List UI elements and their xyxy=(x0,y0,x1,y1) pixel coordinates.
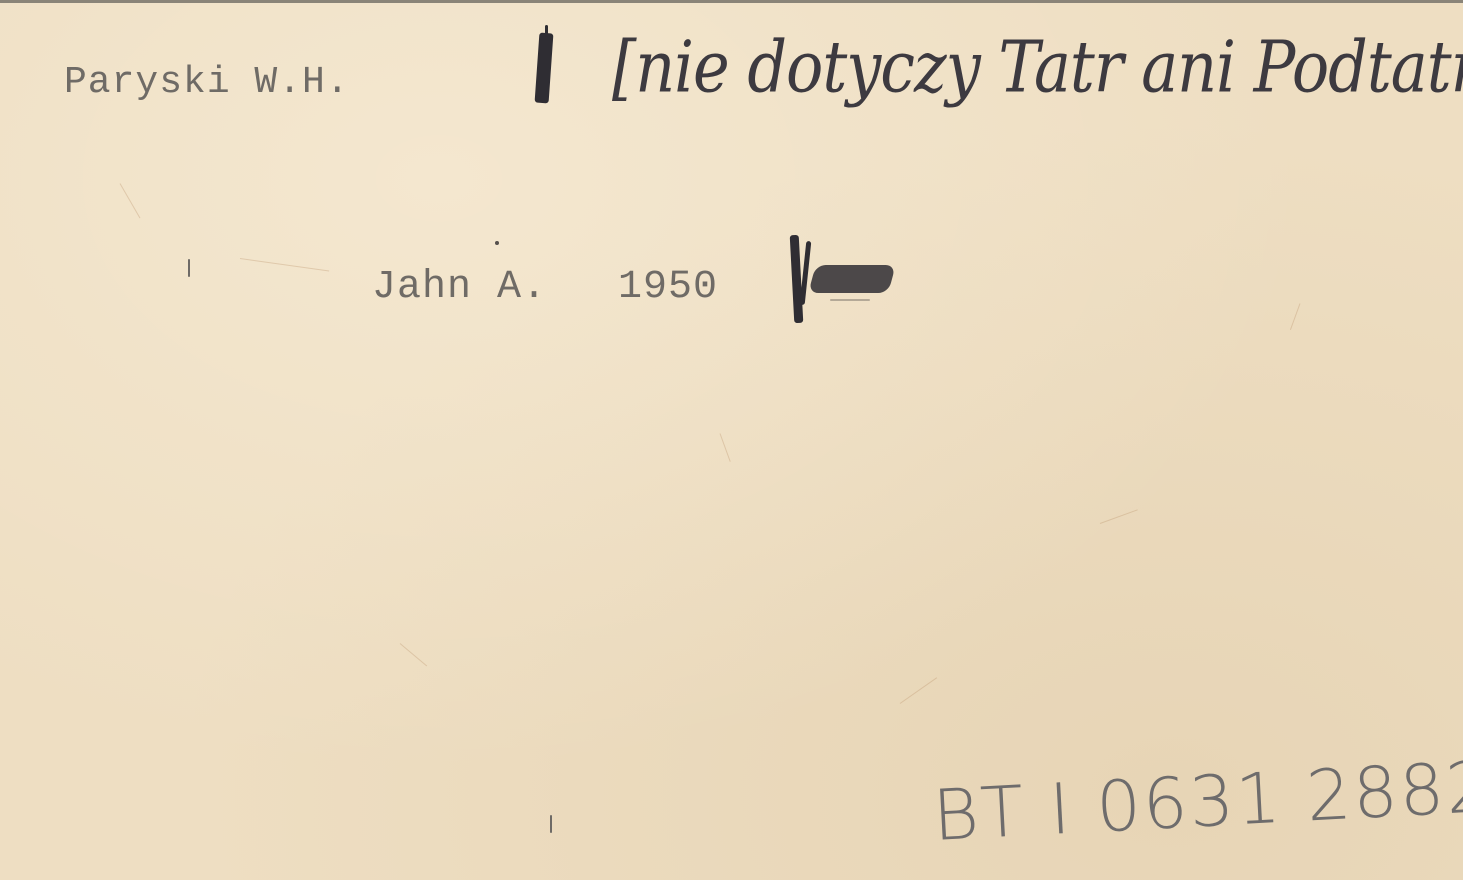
stray-mark xyxy=(188,259,190,277)
paper-fiber xyxy=(720,433,731,462)
paper-fiber xyxy=(900,677,937,704)
paper-fiber xyxy=(120,183,141,218)
stray-dot xyxy=(495,241,499,245)
entry-author: Jahn A. xyxy=(372,265,547,310)
paper-fiber xyxy=(1100,509,1138,524)
handwritten-annotation: [nie dotyczy Tatr ani Podtatrza] xyxy=(612,25,1463,109)
header-author: Paryski W.H. xyxy=(64,61,350,104)
paper-fiber xyxy=(1290,303,1301,330)
paper-fiber xyxy=(400,643,427,666)
stray-mark xyxy=(550,815,552,833)
call-number: BT I 0631 2882 xyxy=(931,746,1463,857)
paper-fiber xyxy=(240,258,329,272)
catalog-card: Paryski W.H. [nie dotyczy Tatr ani Podta… xyxy=(0,0,1463,880)
entry-year: 1950 xyxy=(618,265,718,310)
